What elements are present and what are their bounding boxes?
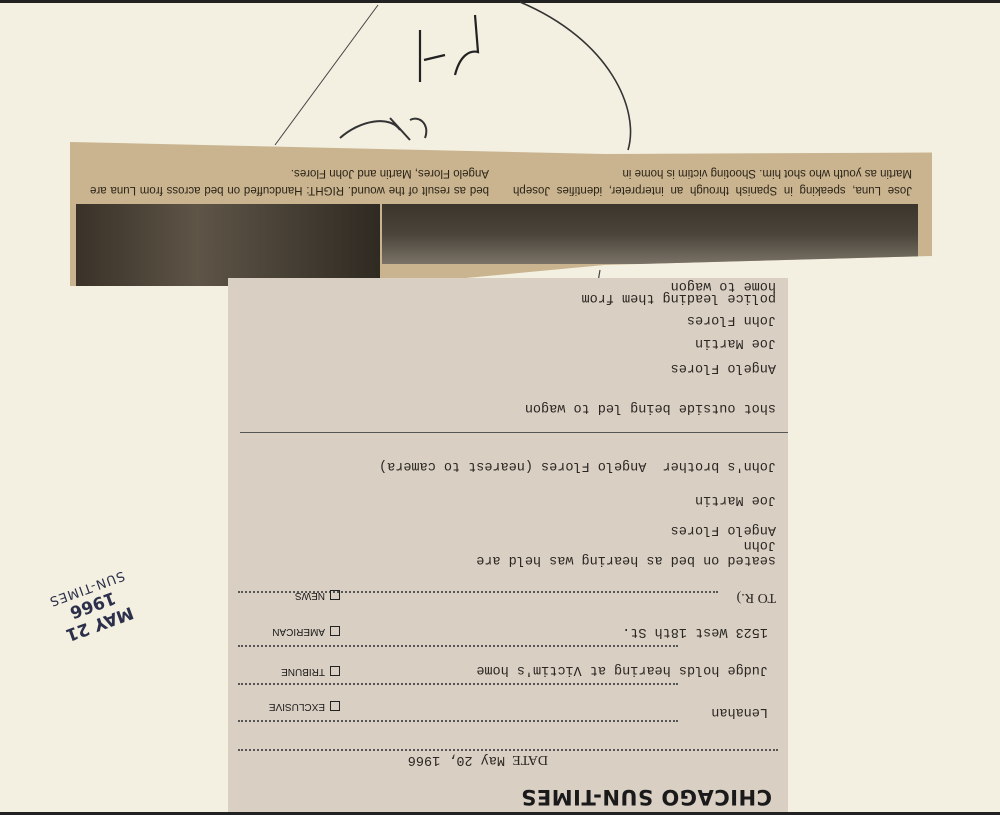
caption-column-1: Jose Luna, speaking in Spanish through a… [513,164,912,198]
divider-rule [240,432,788,433]
address: 1523 West 18th St. [622,624,768,639]
newspaper-clipping: Jose Luna, speaking in Spanish through a… [70,136,932,286]
checkbox-american[interactable]: AMERICAN [272,626,340,637]
date-value: May 20, 1966 [408,752,505,767]
clipping-photo-right [382,204,918,264]
line-3 [238,645,678,647]
caption-line: shot outside being led to wagon [525,400,776,415]
masthead: CHICAGO SUN-TIMES [521,785,772,809]
caption-line: seated on bed as hearing was held are [476,552,776,567]
checkbox-exclusive[interactable]: EXCLUSIVE [269,701,340,712]
caption-line: John [744,537,776,552]
to-label: TO R.) [737,589,776,605]
checkbox-icon [330,667,340,677]
caption-line: Joe Martin [695,335,776,350]
caption-line: John's brother Angelo Flores (nearest to… [379,458,776,473]
scan-top-edge [0,0,1000,3]
photographer-name: Lenahan [711,704,768,719]
sun-times-photo-slip: CHICAGO SUN-TIMES DATE May 20, 1966 Lena… [228,278,788,815]
caption-line: John Flores [687,312,776,327]
date-label: DATE [512,751,548,767]
headline: Judge holds hearing at Victim's home [476,662,768,677]
line-2 [238,683,678,685]
checkbox-tribune[interactable]: TRIBUNE [281,666,340,677]
checkbox-icon [330,627,340,637]
line-1 [238,720,678,722]
checkbox-icon [330,702,340,712]
caption-line: Angelo Flores [671,360,776,375]
caption-line: Joe Martin [695,492,776,507]
clipping-caption: Jose Luna, speaking in Spanish through a… [70,136,932,206]
caption-line: Angelo Flores [671,522,776,537]
clipping-photo-left [76,204,380,286]
checkbox-news[interactable]: NEWS [295,590,340,601]
caption-line: home to wagon [671,278,776,293]
caption-column-2: bed as result of the wound. RIGHT: Handc… [90,164,489,198]
received-date-stamp: MAY 21 1966 SUN-TIMES [21,542,159,654]
date-line [238,749,778,751]
checkbox-icon [330,591,340,601]
